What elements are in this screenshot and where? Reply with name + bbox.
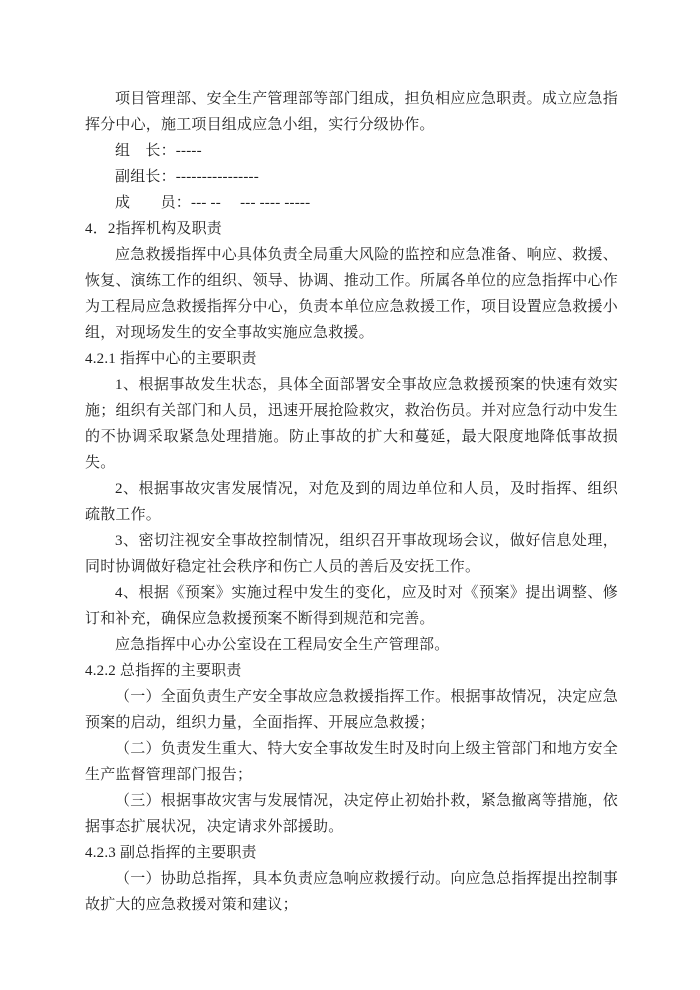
paragraph-deputy-chief-duty-1: （一）协助总指挥，具本负责应急响应救援行动。向应急总指挥提出控制事故扩大的应急救… (85, 866, 618, 918)
leader-members: 成 员：--- -- --- ---- ----- (85, 190, 618, 216)
paragraph-duty-3: 3、密切注视安全事故控制情况，组织召开事故现场会议，做好信息处理，同时协调做好稳… (85, 528, 618, 580)
section-heading-4-2-2: 4.2.2 总指挥的主要职责 (85, 658, 618, 684)
paragraph-chief-duty-1: （一）全面负责生产安全事故应急救援指挥工作。根据事故情况，决定应急预案的启动，组… (85, 684, 618, 736)
paragraph-duty-4: 4、根据《预案》实施过程中发生的变化，应及时对《预案》提出调整、修订和补充，确保… (85, 580, 618, 632)
paragraph-duty-1: 1、根据事故发生状态，具体全面部署安全事故应急救援预案的快速有效实施；组织有关部… (85, 372, 618, 476)
leader-group-chief: 组 长：----- (85, 138, 618, 164)
paragraph-office-location: 应急指挥中心办公室设在工程局安全生产管理部。 (85, 632, 618, 658)
paragraph-command-center-role: 应急救援指挥中心具体负责全局重大风险的监控和应急准备、响应、救援、恢复、演练工作… (85, 242, 618, 346)
paragraph-intro: 项目管理部、安全生产管理部等部门组成，担负相应应急职责。成立应急指挥分中心，施工… (85, 86, 618, 138)
section-heading-4-2-1: 4.2.1 指挥中心的主要职责 (85, 346, 618, 372)
paragraph-duty-2: 2、根据事故灾害发展情况，对危及到的周边单位和人员，及时指挥、组织疏散工作。 (85, 476, 618, 528)
section-heading-4-2: 4．2指挥机构及职责 (85, 216, 618, 242)
paragraph-chief-duty-2: （二）负责发生重大、特大安全事故发生时及时向上级主管部门和地方安全生产监督管理部… (85, 736, 618, 788)
paragraph-chief-duty-3: （三）根据事故灾害与发展情况，决定停止初始扑救，紧急撤离等措施，依据事态扩展状况… (85, 788, 618, 840)
document-page: 项目管理部、安全生产管理部等部门组成，担负相应应急职责。成立应急指挥分中心，施工… (0, 0, 700, 990)
section-heading-4-2-3: 4.2.3 副总指挥的主要职责 (85, 840, 618, 866)
document-text-body: 项目管理部、安全生产管理部等部门组成，担负相应应急职责。成立应急指挥分中心，施工… (85, 86, 618, 918)
leader-deputy-group-chief: 副组长：---------------- (85, 164, 618, 190)
